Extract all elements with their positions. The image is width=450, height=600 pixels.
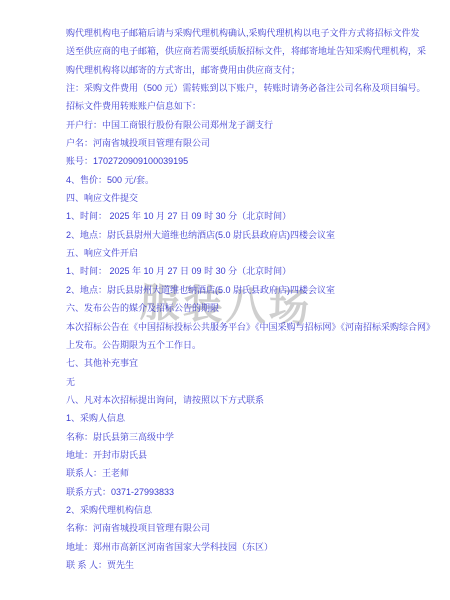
doc-section-heading: 五、响应文件开启: [66, 244, 444, 262]
doc-line: 招标文件费用转账账户信息如下：: [66, 97, 444, 115]
doc-line-time: 1、时间： 2025 年 10 月 27 日 09 时 30 分（北京时间）: [66, 262, 444, 280]
doc-line: 送至供应商的电子邮箱，供应商若需要纸质版招标文件，将邮寄地址告知采购代理机构，采: [66, 42, 444, 60]
doc-line-contact-person: 联系人：王老师: [66, 464, 444, 482]
doc-line-price: 4、售价：500 元/套。: [66, 171, 444, 189]
doc-section-heading: 六、发布公告的媒介及招标公告的期限: [66, 299, 444, 317]
doc-line-location: 2、地点：尉氏县尉州大道维也纳酒店(5.0 尉氏县政府店)四楼会议室: [66, 226, 444, 244]
doc-line: 购代理机构电子邮箱后请与采购代理机构确认,采购代理机构以电子文件方式将招标文件发: [66, 24, 444, 42]
doc-line-agency-address: 地址：郑州市高新区河南省国家大学科技园（东区）: [66, 538, 444, 556]
doc-section-heading: 八、凡对本次招标提出询问，请按照以下方式联系: [66, 391, 444, 409]
doc-line-time: 1、时间： 2025 年 10 月 27 日 09 时 30 分（北京时间）: [66, 207, 444, 225]
doc-line: 1、采购人信息: [66, 409, 444, 427]
doc-line-agency-name: 名称：河南省城投项目管理有限公司: [66, 519, 444, 537]
doc-line-account-number: 账号：1702720909100039195: [66, 152, 444, 170]
doc-line-location: 2、地点：尉氏县尉州大道维也纳酒店(5.0 尉氏县政府店)四楼会议室: [66, 281, 444, 299]
doc-line: 购代理机构将以邮寄的方式寄出，邮寄费用由供应商支付；: [66, 61, 444, 79]
doc-line: 2、采购代理机构信息: [66, 501, 444, 519]
doc-line-account-name: 户名：河南省城投项目管理有限公司: [66, 134, 444, 152]
doc-line-note: 注：采购文件费用（500 元）需转账到以下账户，转账时请务必备注公司名称及项目编…: [66, 79, 444, 97]
doc-line-bank: 开户行：中国工商银行股份有限公司郑州龙子湖支行: [66, 116, 444, 134]
doc-line-contact-phone: 联系方式：0371-27993833: [66, 483, 444, 501]
doc-section-heading: 七、其他补充事宜: [66, 354, 444, 372]
doc-line-purchaser-address: 地址：开封市尉氏县: [66, 446, 444, 464]
doc-line: 上发布。公告期限为五个工作日。: [66, 336, 444, 354]
doc-line: 本次招标公告在《中国招标投标公共服务平台》《中国采购与招标网》《河南招标采购综合…: [66, 318, 444, 336]
document-content: 购代理机构电子邮箱后请与采购代理机构确认,采购代理机构以电子文件方式将招标文件发…: [66, 24, 444, 574]
doc-line-purchaser-name: 名称：尉氏县第三高级中学: [66, 428, 444, 446]
doc-section-heading: 四、响应文件提交: [66, 189, 444, 207]
doc-line-agency-contact: 联 系 人：贾先生: [66, 556, 444, 574]
doc-line: 无: [66, 373, 444, 391]
document-page: 服装八场 购代理机构电子邮箱后请与采购代理机构确认,采购代理机构以电子文件方式将…: [0, 0, 450, 600]
